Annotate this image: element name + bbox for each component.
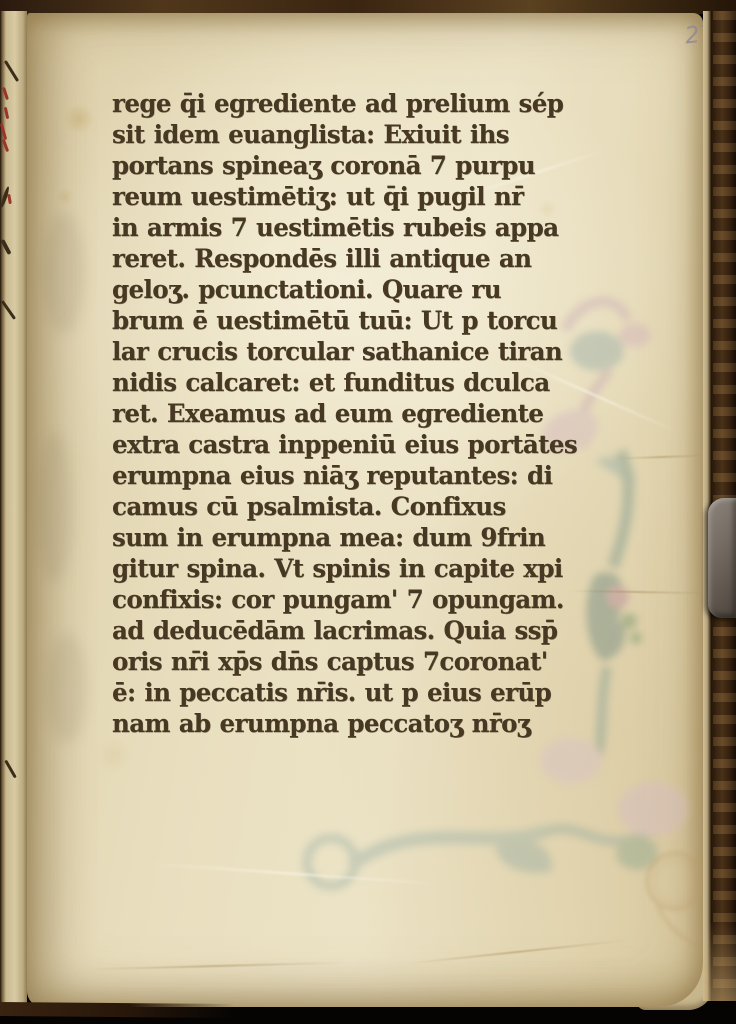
book-edge-bottom	[0, 1002, 235, 1018]
ink-ghost	[43, 213, 85, 333]
ink-mark	[4, 107, 9, 119]
manuscript-photo: 27 rege q̄i egrediente ad prelium sépsit…	[0, 0, 736, 1024]
text-line: oris nr̄i xp̄s dn̄s captus 7coronat'	[112, 646, 561, 677]
text-line: rege q̄i egrediente ad prelium sép	[112, 88, 561, 119]
text-line: erumpna eius niāʒ reputantes: di	[112, 460, 561, 491]
facing-page-edge	[0, 11, 27, 1009]
ink-mark	[1, 300, 16, 320]
parchment-crease	[407, 940, 626, 965]
ink-mark	[0, 123, 7, 140]
folio-number: 27	[684, 21, 703, 50]
showthrough-sketch-corner	[627, 833, 703, 953]
text-line: geloʒ. pcunctationi. Quare ru	[112, 274, 561, 305]
ink-mark	[2, 87, 9, 100]
ink-ghost	[47, 633, 87, 743]
ink-mark	[4, 60, 19, 82]
text-line: camus cū psalmista. Confixus	[112, 491, 561, 522]
ink-ghost	[37, 433, 73, 583]
text-block: rege q̄i egrediente ad prelium sépsit id…	[112, 88, 561, 739]
text-line: nam ab erumpna peccatoʒ nr̄oʒ	[112, 708, 561, 739]
text-line: reum uestimētiʒ: ut q̄i pugil nr̄	[112, 181, 561, 212]
parchment-crease	[87, 962, 347, 971]
fore-edge-tab	[708, 498, 736, 618]
fore-edge-right	[703, 11, 736, 1001]
ink-mark	[2, 139, 9, 152]
text-line: ret. Exeamus ad eum egrediente	[112, 398, 561, 429]
text-line: nidis calcaret: et funditus dculca	[112, 367, 561, 398]
text-line: portans spineaʒ coronā 7 purpu	[112, 150, 561, 181]
text-line: ē: in peccatis nr̄is. ut p eius erūp	[112, 677, 561, 708]
text-line: ad deducēdām lacrimas. Quia ssp̄	[112, 615, 561, 646]
manuscript-page: 27 rege q̄i egrediente ad prelium sépsit…	[27, 13, 703, 1007]
page-stack-lower	[703, 921, 736, 1001]
text-line: lar crucis torcular sathanice tiran	[112, 336, 561, 367]
text-line: reret. Respondēs illi antique an	[112, 243, 561, 274]
text-line: brum ē uestimētū tuū: Ut p torcu	[112, 305, 561, 336]
text-line: sum in erumpna mea: dum 9frin	[112, 522, 561, 553]
ink-mark	[0, 239, 11, 255]
text-line: in armis 7 uestimētis rubeis appa	[112, 212, 561, 243]
text-line: gitur spina. Vt spinis in capite xpi	[112, 553, 561, 584]
ink-mark	[4, 760, 17, 779]
book-edge-top	[0, 0, 736, 14]
text-line: confixis: cor pungam' 7 opungam.	[112, 584, 561, 615]
text-line: sit idem euanglista: Exiuit ihs	[112, 119, 561, 150]
text-line: extra castra inppeniū eius portātes	[112, 429, 561, 460]
ink-mark	[7, 194, 12, 204]
